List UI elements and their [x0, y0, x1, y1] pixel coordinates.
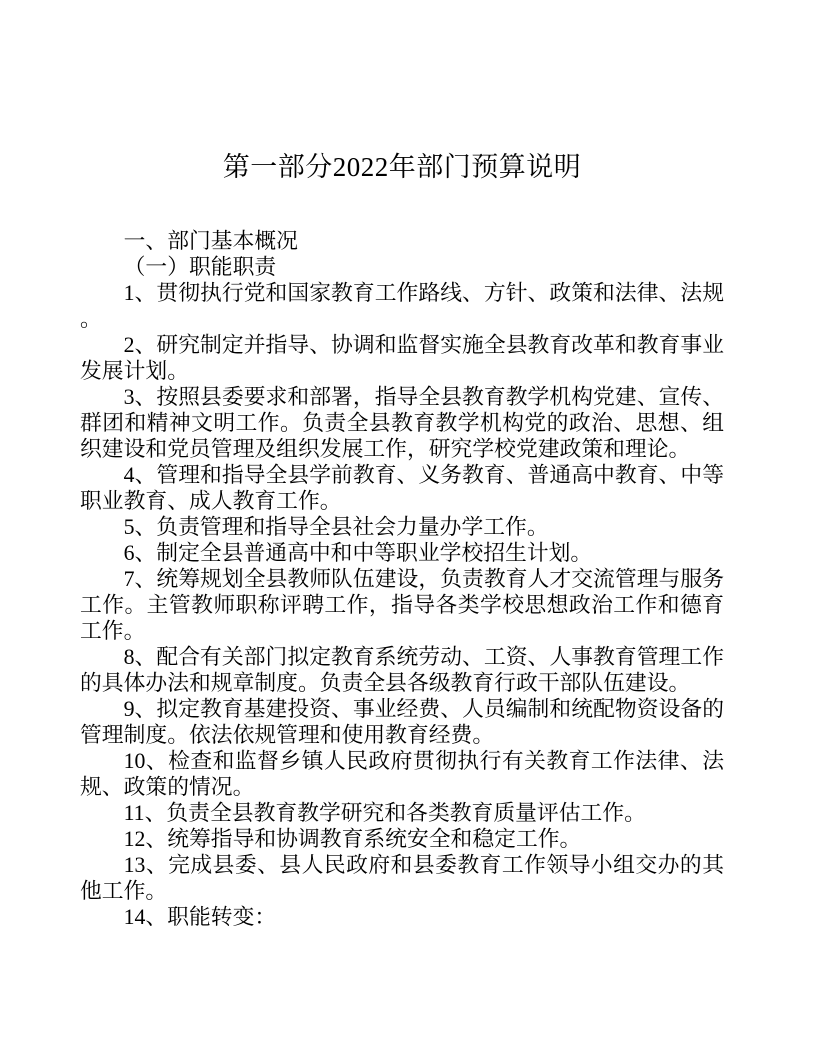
paragraph-duty-6: 6、制定全县普通高中和中等职业学校招生计划。: [80, 540, 724, 566]
paragraph-duty-8: 8、配合有关部门拟定教育系统劳动、工资、人事教育管理工作的具体办法和规章制度。负…: [80, 644, 724, 696]
paragraph-duty-7: 7、统筹规划全县教师队伍建设，负责教育人才交流管理与服务工作。主管教师职称评聘工…: [80, 566, 724, 644]
paragraph-duty-4: 4、管理和指导全县学前教育、义务教育、普通高中教育、中等职业教育、成人教育工作。: [80, 462, 724, 514]
paragraph-duty-12: 12、统筹指导和协调教育系统安全和稳定工作。: [80, 826, 724, 852]
document-title: 第一部分2022年部门预算说明: [80, 148, 724, 186]
paragraph-duty-3: 3、按照县委要求和部署，指导全县教育教学机构党建、宣传、群团和精神文明工作。负责…: [80, 384, 724, 462]
paragraph-duty-1: 1、贯彻执行党和国家教育工作路线、方针、政策和法律、法规。: [80, 280, 724, 332]
paragraph-duty-5: 5、负责管理和指导全县社会力量办学工作。: [80, 514, 724, 540]
paragraph-duty-10: 10、检查和监督乡镇人民政府贯彻执行有关教育工作法律、法规、政策的情况。: [80, 748, 724, 800]
paragraph-duty-9: 9、拟定教育基建投资、事业经费、人员编制和统配物资设备的管理制度。依法依规管理和…: [80, 696, 724, 748]
paragraph-duty-2: 2、研究制定并指导、协调和监督实施全县教育改革和教育事业发展计划。: [80, 332, 724, 384]
paragraph-duty-14: 14、职能转变：: [80, 904, 724, 930]
paragraph-duty-11: 11、负责全县教育教学研究和各类教育质量评估工作。: [80, 800, 724, 826]
subsection-heading-duties: （一）职能职责: [80, 254, 724, 280]
document-page: 第一部分2022年部门预算说明 一、部门基本概况 （一）职能职责 1、贯彻执行党…: [0, 0, 816, 1056]
paragraph-duty-13: 13、完成县委、县人民政府和县委教育工作领导小组交办的其他工作。: [80, 852, 724, 904]
section-heading-basic-overview: 一、部门基本概况: [80, 228, 724, 254]
